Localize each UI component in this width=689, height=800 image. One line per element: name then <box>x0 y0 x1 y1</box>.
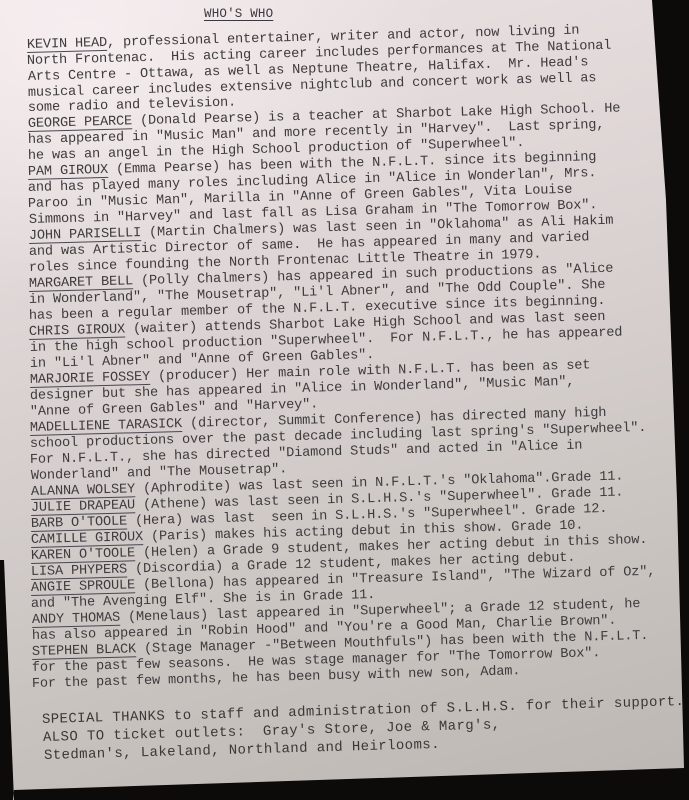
photo-scene: WHO'S WHO KEVIN HEAD, professional enter… <box>0 0 689 800</box>
cast-member-name: KAREN O'TOOLE <box>31 546 135 564</box>
cast-member-name: JOHN PARISELLI <box>28 226 140 244</box>
document-title: WHO'S WHO <box>204 7 273 21</box>
cast-member-name: ALANNA WOLSEY <box>30 482 134 500</box>
cast-member-name: MARJORIE FOSSEY <box>30 370 150 388</box>
cast-member-name: JULIE DRAPEAU <box>31 498 135 516</box>
cast-member-name: ANGIE SPROULE <box>31 578 135 596</box>
cast-member-name: CAMILLE GIROUX <box>31 530 143 548</box>
cast-member-name: STEPHEN BLACK <box>32 642 136 660</box>
cast-member-name: LISA PHYPERS <box>31 562 127 580</box>
cast-member-name: GEORGE PEARCE <box>28 114 132 132</box>
cast-member-name: ANDY THOMAS <box>31 611 119 628</box>
cast-member-name: KEVIN HEAD <box>27 36 107 53</box>
cast-member-name: CHRIS GIROUX <box>29 322 125 340</box>
cast-member-name: BARB O'TOOLE <box>31 514 127 532</box>
document-content: WHO'S WHO KEVIN HEAD, professional enter… <box>0 0 689 800</box>
cast-member-name: MARGARET BELL <box>29 274 133 292</box>
cast-member-name: PAM GIROUX <box>28 163 108 180</box>
